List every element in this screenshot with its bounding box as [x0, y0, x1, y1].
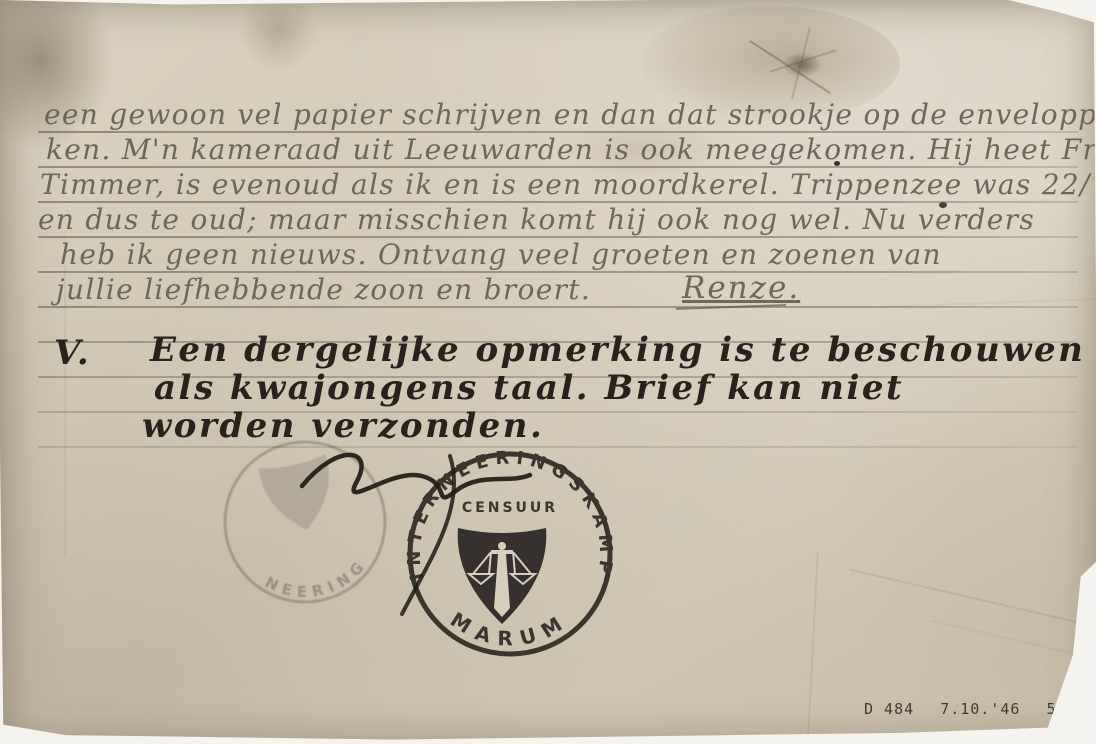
crease-line: [791, 27, 811, 99]
censor-line-1: Een dergelijke opmerking is te beschouwe…: [150, 330, 1085, 370]
ruled-line: [38, 306, 1078, 308]
paper-stain: [782, 52, 822, 78]
pencil-line-1: een gewoon vel papier schrijven en dan d…: [44, 98, 1096, 131]
letter-scan: een gewoon vel papier schrijven en dan d…: [0, 0, 1096, 744]
crease-line: [769, 49, 836, 73]
pencil-line-5: heb ik geen nieuws. Ontvang veel groeten…: [60, 238, 942, 271]
paper-sheet: een gewoon vel papier schrijven en dan d…: [0, 0, 1096, 744]
printed-footer: D 484 7.10.'46 50.000: [864, 700, 1096, 718]
pencil-line-6: jullie liefhebbende zoon en broert.: [56, 273, 591, 306]
paper-stain: [238, 0, 318, 72]
print-date: 7.10.'46: [940, 700, 1020, 718]
pencil-line-2: ken. M'n kameraad uit Leeuwarden is ook …: [46, 133, 1096, 166]
crease-line: [749, 40, 831, 94]
censor-signature: [280, 428, 590, 648]
pencil-line-4: en dus te oud; maar misschien komt hij o…: [38, 203, 1035, 236]
print-count: 50.000: [1046, 700, 1096, 718]
pencil-signature: Renze.: [682, 270, 800, 306]
crease-line: [849, 569, 1096, 630]
censor-line-2: als kwajongens taal. Brief kan niet: [154, 368, 904, 408]
censor-marker: V.: [54, 333, 91, 373]
crease-line: [807, 552, 819, 734]
pencil-line-3: Timmer, is evenoud als ik en is een moor…: [40, 168, 1091, 201]
form-code: D 484: [864, 700, 914, 718]
signature-stroke: [302, 455, 530, 498]
crease-line: [930, 620, 1096, 667]
